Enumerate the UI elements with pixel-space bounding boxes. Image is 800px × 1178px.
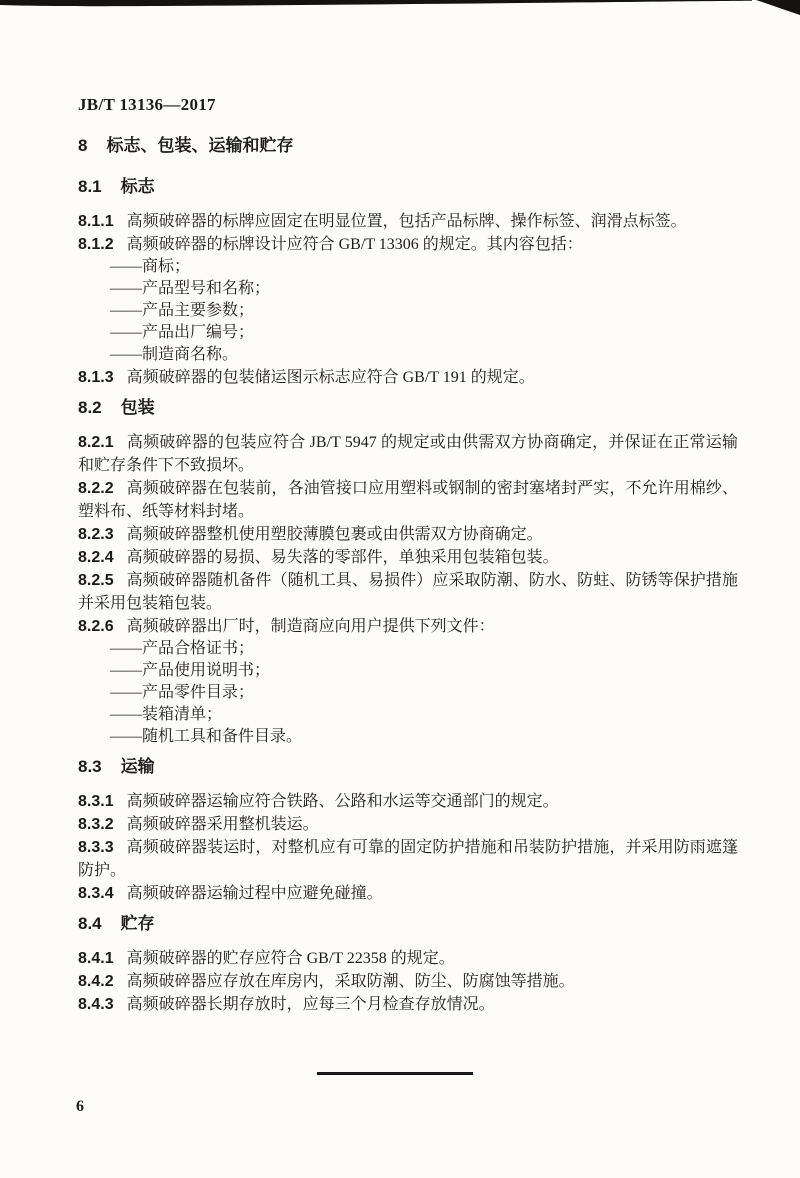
clause: 8.1.2高频破碎器的标牌设计应符合 GB/T 13306 的规定。其内容包括： — [78, 233, 738, 256]
clause: 8.2.5高频破碎器随机备件（随机工具、易损件）应采取防潮、防水、防蛀、防锈等保… — [78, 569, 738, 615]
clause-number: 8.4.3 — [78, 993, 114, 1016]
clause-number: 8.2.2 — [78, 477, 114, 500]
clause-text: 高频破碎器的包装储运图示标志应符合 GB/T 191 的规定。 — [127, 369, 535, 386]
dash-list-item: ——制造商名称。 — [78, 344, 738, 366]
clause-text: 高频破碎器采用整机装运。 — [127, 816, 319, 833]
footer-rule — [317, 1072, 473, 1075]
clause-number: 8.2.5 — [78, 569, 114, 592]
clause-number: 8.1.1 — [78, 210, 114, 233]
clause-text: 高频破碎器的标牌应固定在明显位置，包括产品标牌、操作标签、润滑点标签。 — [127, 213, 687, 230]
clause: 8.4.1高频破碎器的贮存应符合 GB/T 22358 的规定。 — [78, 947, 738, 970]
heading-number: 8 — [78, 136, 87, 156]
clause-text: 高频破碎器长期存放时，应每三个月检查存放情况。 — [127, 996, 495, 1013]
heading-number: 8.2 — [78, 398, 102, 418]
clause: 8.3.1高频破碎器运输应符合铁路、公路和水运等交通部门的规定。 — [78, 790, 738, 813]
clause-text: 高频破碎器在包装前，各油管接口应用塑料或钢制的密封塞堵封严实，不允许用棉纱、塑料… — [78, 480, 738, 520]
clause-text: 高频破碎器的易损、易失落的零部件，单独采用包装箱包装。 — [127, 549, 559, 566]
clause-number: 8.3.3 — [78, 836, 114, 859]
dash-list-item: ——产品合格证书； — [78, 638, 738, 660]
clause-text: 高频破碎器随机备件（随机工具、易损件）应采取防潮、防水、防蛀、防锈等保护措施并采… — [78, 572, 738, 612]
heading-title: 标志、包装、运输和贮存 — [106, 136, 293, 155]
dash-list-item: ——产品主要参数； — [78, 300, 738, 322]
clause: 8.3.4高频破碎器运输过程中应避免碰撞。 — [78, 882, 738, 905]
clause-number: 8.3.1 — [78, 790, 114, 813]
subsection-heading: 8.4贮存 — [78, 914, 738, 934]
clause-text: 高频破碎器运输应符合铁路、公路和水运等交通部门的规定。 — [127, 793, 559, 810]
clause-number: 8.1.2 — [78, 233, 114, 256]
clause: 8.2.3高频破碎器整机使用塑胶薄膜包裹或由供需双方协商确定。 — [78, 523, 738, 546]
clause-number: 8.2.1 — [78, 431, 114, 454]
dash-list-item: ——产品型号和名称； — [78, 278, 738, 300]
dash-list-item: ——产品零件目录； — [78, 682, 738, 704]
clause: 8.2.1高频破碎器的包装应符合 JB/T 5947 的规定或由供需双方协商确定… — [78, 431, 738, 477]
clause: 8.1.3高频破碎器的包装储运图示标志应符合 GB/T 191 的规定。 — [78, 366, 738, 389]
clause-number: 8.2.4 — [78, 546, 114, 569]
heading-title: 贮存 — [121, 914, 155, 933]
clause: 8.4.2高频破碎器应存放在库房内，采取防潮、防尘、防腐蚀等措施。 — [78, 970, 738, 993]
heading-number: 8.3 — [78, 757, 102, 777]
document-page: JB/T 13136—2017 8标志、包装、运输和贮存8.1标志8.1.1高频… — [0, 0, 800, 1178]
dash-list-item: ——随机工具和备件目录。 — [78, 726, 738, 748]
document-content: JB/T 13136—2017 8标志、包装、运输和贮存8.1标志8.1.1高频… — [78, 95, 738, 1016]
subsection-heading: 8.3运输 — [78, 757, 738, 777]
heading-title: 包装 — [121, 398, 155, 417]
heading-title: 运输 — [121, 757, 155, 776]
subsection-heading: 8.2包装 — [78, 398, 738, 418]
heading-number: 8.1 — [78, 177, 102, 197]
clause-number: 8.3.4 — [78, 882, 114, 905]
clause-number: 8.2.6 — [78, 615, 114, 638]
clause-text: 高频破碎器的贮存应符合 GB/T 22358 的规定。 — [127, 950, 455, 967]
clause: 8.1.1高频破碎器的标牌应固定在明显位置，包括产品标牌、操作标签、润滑点标签。 — [78, 210, 738, 233]
dash-list-item: ——产品出厂编号； — [78, 322, 738, 344]
clause: 8.3.3高频破碎器装运时，对整机应有可靠的固定防护措施和吊装防护措施，并采用防… — [78, 836, 738, 882]
clause-text: 高频破碎器整机使用塑胶薄膜包裹或由供需双方协商确定。 — [127, 526, 543, 543]
scan-edge-artifact — [0, 0, 800, 22]
clause: 8.4.3高频破碎器长期存放时，应每三个月检查存放情况。 — [78, 993, 738, 1016]
heading-number: 8.4 — [78, 914, 102, 934]
clause-number: 8.2.3 — [78, 523, 114, 546]
clause: 8.2.6高频破碎器出厂时，制造商应向用户提供下列文件： — [78, 615, 738, 638]
heading-title: 标志 — [121, 177, 155, 196]
subsection-heading: 8.1标志 — [78, 177, 738, 197]
clause: 8.2.2高频破碎器在包装前，各油管接口应用塑料或钢制的密封塞堵封严实，不允许用… — [78, 477, 738, 523]
clause-number: 8.4.1 — [78, 947, 114, 970]
clause-number: 8.4.2 — [78, 970, 114, 993]
dash-list-item: ——产品使用说明书； — [78, 660, 738, 682]
document-body: 8标志、包装、运输和贮存8.1标志8.1.1高频破碎器的标牌应固定在明显位置，包… — [78, 136, 738, 1016]
dash-list-item: ——商标； — [78, 256, 738, 278]
clause-text: 高频破碎器出厂时，制造商应向用户提供下列文件： — [127, 618, 495, 635]
clause: 8.2.4高频破碎器的易损、易失落的零部件，单独采用包装箱包装。 — [78, 546, 738, 569]
page-number: 6 — [76, 1098, 84, 1116]
clause: 8.3.2高频破碎器采用整机装运。 — [78, 813, 738, 836]
clause-text: 高频破碎器的包装应符合 JB/T 5947 的规定或由供需双方协商确定，并保证在… — [78, 434, 738, 474]
clause-number: 8.3.2 — [78, 813, 114, 836]
clause-number: 8.1.3 — [78, 366, 114, 389]
standard-number: JB/T 13136—2017 — [78, 95, 738, 115]
clause-text: 高频破碎器应存放在库房内，采取防潮、防尘、防腐蚀等措施。 — [127, 973, 575, 990]
clause-text: 高频破碎器运输过程中应避免碰撞。 — [127, 885, 383, 902]
clause-text: 高频破碎器装运时，对整机应有可靠的固定防护措施和吊装防护措施，并采用防雨遮篷防护… — [78, 839, 738, 879]
clause-text: 高频破碎器的标牌设计应符合 GB/T 13306 的规定。其内容包括： — [127, 236, 583, 253]
section-heading: 8标志、包装、运输和贮存 — [78, 136, 738, 156]
dash-list-item: ——装箱清单； — [78, 704, 738, 726]
